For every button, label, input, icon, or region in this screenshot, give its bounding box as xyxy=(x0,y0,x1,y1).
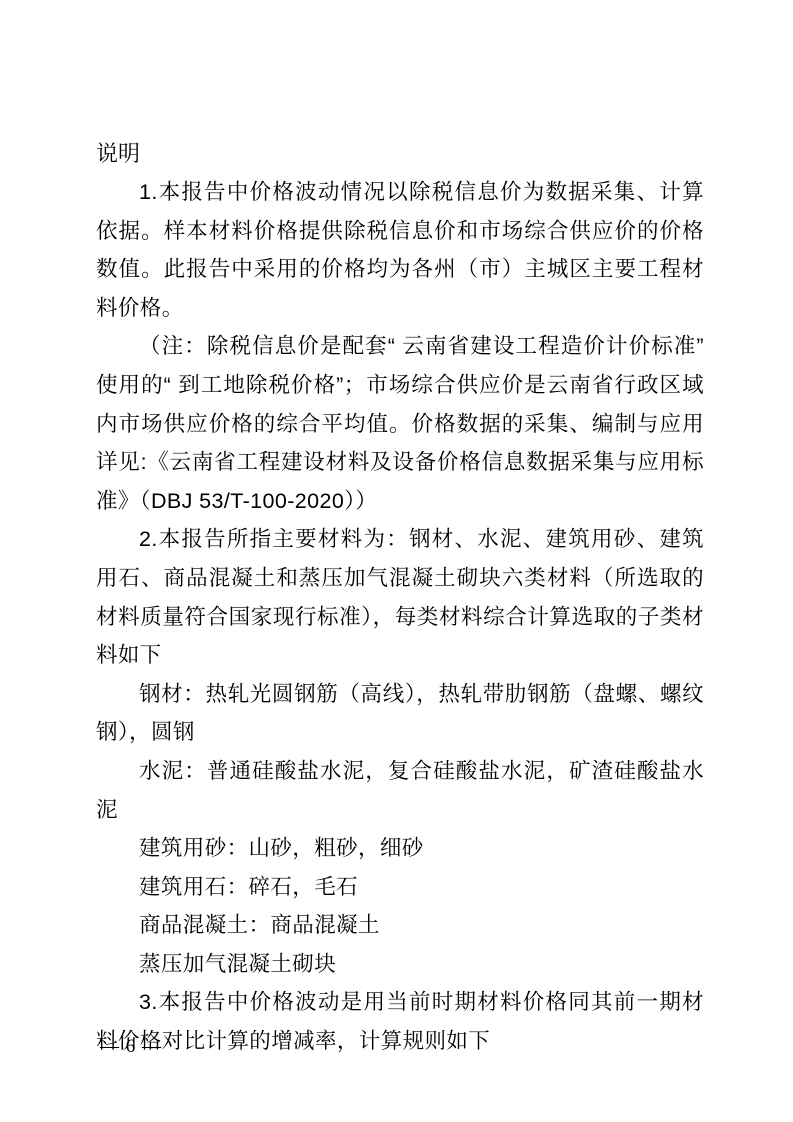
paragraph-8-concrete: 商品混凝土：商品混凝土 xyxy=(96,906,704,945)
paragraph-2-note: （注：除税信息价是配套“ 云南省建设工程造价计价标准” 使用的“ 到工地除税价格… xyxy=(96,327,704,520)
paragraph-4-steel: 钢材：热轧光圆钢筋（高线），热轧带肋钢筋（盘螺、螺纹钢），圆钢 xyxy=(96,675,704,752)
paragraph-9-block: 蒸压加气混凝土砌块 xyxy=(96,945,704,984)
paragraph-1: 1.本报告中价格波动情况以除税信息价为数据采集、计算依据。样本材料价格提供除税信… xyxy=(96,173,704,327)
paragraph-3: 2.本报告所指主要材料为：钢材、水泥、建筑用砂、建筑用石、商品混凝土和蒸压加气混… xyxy=(96,520,704,674)
paragraph-7-stone: 建筑用石：碎石，毛石 xyxy=(96,868,704,907)
paragraph-5-cement: 水泥：普通硅酸盐水泥，复合硅酸盐水泥，矿渣硅酸盐水泥 xyxy=(96,752,704,829)
paragraph-10: 3.本报告中价格波动是用当前时期材料价格同其前一期材料价格对比计算的增减率，计算… xyxy=(96,983,704,1060)
paragraph-6-sand: 建筑用砂：山砂，粗砂，细砂 xyxy=(96,829,704,868)
document-page: 说明 1.本报告中价格波动情况以除税信息价为数据采集、计算依据。样本材料价格提供… xyxy=(0,0,793,1122)
page-number: — 6 — xyxy=(100,1036,162,1058)
document-content: 说明 1.本报告中价格波动情况以除税信息价为数据采集、计算依据。样本材料价格提供… xyxy=(96,134,704,1061)
document-title: 说明 xyxy=(96,134,704,173)
